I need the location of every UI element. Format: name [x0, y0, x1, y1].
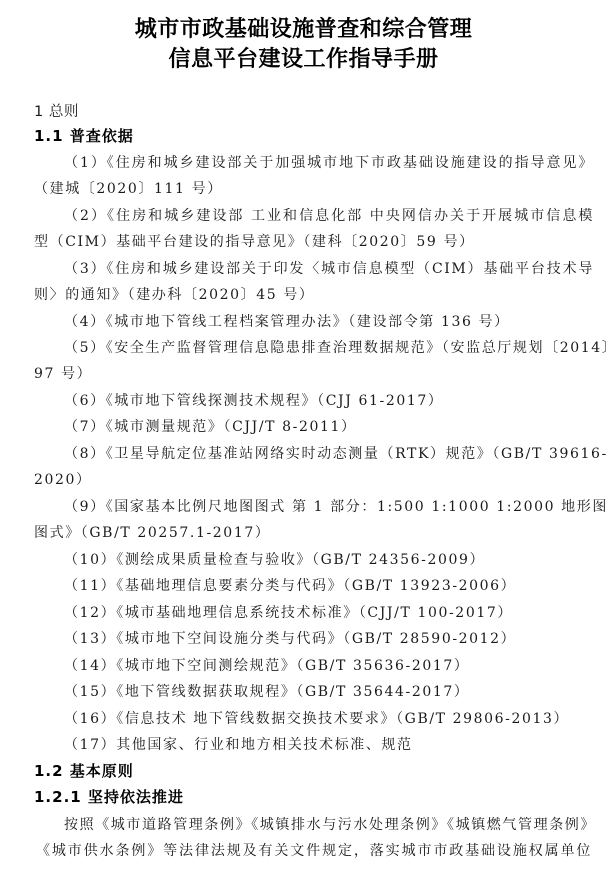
section-heading-1-2-1: 1.2.1 坚持依法推进 [34, 786, 594, 807]
reference-item-16: （16）《信息技术 地下管线数据交换技术要求》（GB/T 29806-2013） [64, 708, 594, 728]
document-title-line-2: 信息平台建设工作指导手册 [0, 42, 607, 73]
section-heading-1-2: 1.2 基本原则 [34, 760, 594, 781]
reference-item-1-line-2: （建城〔2020〕111 号） [34, 178, 594, 198]
reference-item-3-line-1: （3）《住房和城乡建设部关于印发〈城市信息模型（CIM）基础平台技术导 [64, 258, 594, 278]
reference-item-13: （13）《城市地下空间设施分类与代码》（GB/T 28590-2012） [64, 628, 594, 648]
chapter-heading: 1 总则 [34, 100, 594, 121]
reference-item-5-line-1: （5）《安全生产监督管理信息隐患排查治理数据规范》（安监总厅规划〔2014〕 [64, 337, 594, 357]
reference-item-2-line-2: 型（CIM）基础平台建设的指导意见》（建科〔2020〕59 号） [34, 231, 594, 251]
reference-item-2-line-1: （2）《住房和城乡建设部 工业和信息化部 中央网信办关于开展城市信息模 [64, 205, 594, 225]
reference-item-11: （11）《基础地理信息要素分类与代码》（GB/T 13923-2006） [64, 575, 594, 595]
reference-item-8-line-1: （8）《卫星导航定位基准站网络实时动态测量（RTK）规范》（GB/T 39616… [64, 443, 594, 463]
reference-item-17: （17）其他国家、行业和地方相关技术标准、规范 [64, 734, 594, 754]
reference-item-8-line-2: 2020） [34, 469, 594, 489]
reference-item-4: （4）《城市地下管线工程档案管理办法》（建设部令第 136 号） [64, 311, 594, 331]
document-title-line-1: 城市市政基础设施普查和综合管理 [0, 12, 607, 43]
reference-item-7: （7）《城市测量规范》（CJJ/T 8-2011） [64, 416, 594, 436]
paragraph-1-2-1-line-2: 《城市供水条例》等法律法规及有关文件规定，落实城市市政基础设施权属单位 [36, 840, 592, 860]
reference-item-14: （14）《城市地下空间测绘规范》（GB/T 35636-2017） [64, 655, 594, 675]
reference-item-10: （10）《测绘成果质量检查与验收》（GB/T 24356-2009） [64, 549, 594, 569]
reference-item-12: （12）《城市基础地理信息系统技术标准》（CJJ/T 100-2017） [64, 602, 594, 622]
section-heading-1-1: 1.1 普查依据 [34, 125, 594, 146]
paragraph-1-2-1-line-1: 按照《城市道路管理条例》《城镇排水与污水处理条例》《城镇燃气管理条例》 [64, 814, 594, 834]
reference-item-9-line-2: 图式》（GB/T 20257.1-2017） [34, 522, 594, 542]
reference-item-15: （15）《地下管线数据获取规程》（GB/T 35644-2017） [64, 681, 594, 701]
reference-item-5-line-2: 97 号） [34, 363, 594, 383]
reference-item-9-line-1: （9）《国家基本比例尺地图图式 第 1 部分：1:500 1:1000 1:20… [64, 496, 594, 516]
reference-item-3-line-2: 则〉的通知》（建办科〔2020〕45 号） [34, 284, 594, 304]
reference-item-6: （6）《城市地下管线探测技术规程》（CJJ 61-2017） [64, 390, 594, 410]
reference-item-1-line-1: （1）《住房和城乡建设部关于加强城市地下市政基础设施建设的指导意见》 [64, 152, 594, 172]
